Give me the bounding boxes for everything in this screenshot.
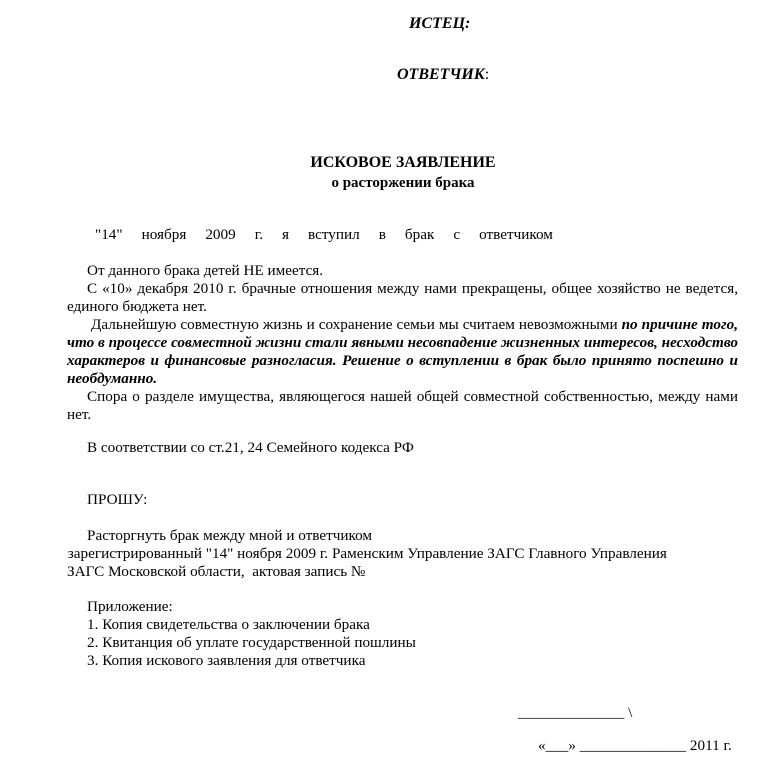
attachments-heading: Приложение: — [87, 598, 173, 616]
signature-line: ______________ \ — [518, 704, 632, 722]
intro-line: "14"ноября2009г.явступилвбраксответчиком — [95, 226, 553, 244]
date-line: «___» ______________ 2011 г. — [538, 737, 732, 755]
paragraph-relations-ended: С «10» декабря 2010 г. брачные отношения… — [67, 280, 738, 316]
intro-word: г. — [255, 226, 263, 244]
intro-word: я — [282, 226, 289, 244]
intro-word: брак — [405, 226, 434, 244]
plaintiff-label: ИСТЕЦ: — [409, 15, 470, 33]
request-line-2: зарегистрированный "14" ноября 2009 г. Р… — [64, 545, 667, 563]
defendant-label: ОТВЕТЧИК — [397, 66, 485, 83]
defendant-label-wrap: ОТВЕТЧИК: — [397, 66, 489, 84]
intro-word: 2009 — [205, 226, 235, 244]
legal-basis: В соответствии со ст.21, 24 Семейного ко… — [87, 439, 414, 457]
intro-word: ноября — [142, 226, 187, 244]
paragraph-relations-ended-text: С «10» декабря 2010 г. брачные отношения… — [67, 280, 738, 315]
paragraph-reasons-plain: Дальнейшую совместную жизнь и сохранение… — [91, 316, 622, 333]
attachment-item: 1. Копия свидетельства о заключении брак… — [87, 616, 370, 634]
paragraph-children-text: От данного брака детей НЕ имеется. — [87, 262, 323, 279]
request-heading: ПРОШУ: — [87, 491, 147, 509]
intro-word: в — [379, 226, 386, 244]
document-title: ИСКОВОЕ ЗАЯВЛЕНИЕ — [0, 154, 766, 172]
paragraph-children: От данного брака детей НЕ имеется. — [67, 262, 738, 280]
paragraph-reasons: Дальнейшую совместную жизнь и сохранение… — [67, 316, 738, 388]
paragraph-property: Спора о разделе имущества, являющегося н… — [67, 388, 738, 424]
intro-word: вступил — [308, 226, 360, 244]
intro-word: "14" — [95, 226, 123, 244]
attachment-item: 3. Копия искового заявления для ответчик… — [87, 652, 365, 670]
request-line-1: Расторгнуть брак между мной и ответчиком — [87, 527, 372, 545]
document-subtitle: о расторжении брака — [0, 175, 766, 192]
intro-word: ответчиком — [479, 226, 553, 244]
paragraph-property-text: Спора о разделе имущества, являющегося н… — [67, 388, 738, 423]
intro-word: с — [453, 226, 460, 244]
request-line-3: ЗАГС Московской области, актовая запись … — [67, 563, 365, 581]
defendant-colon: : — [485, 66, 489, 83]
attachment-item: 2. Квитанция об уплате государственной п… — [87, 634, 416, 652]
